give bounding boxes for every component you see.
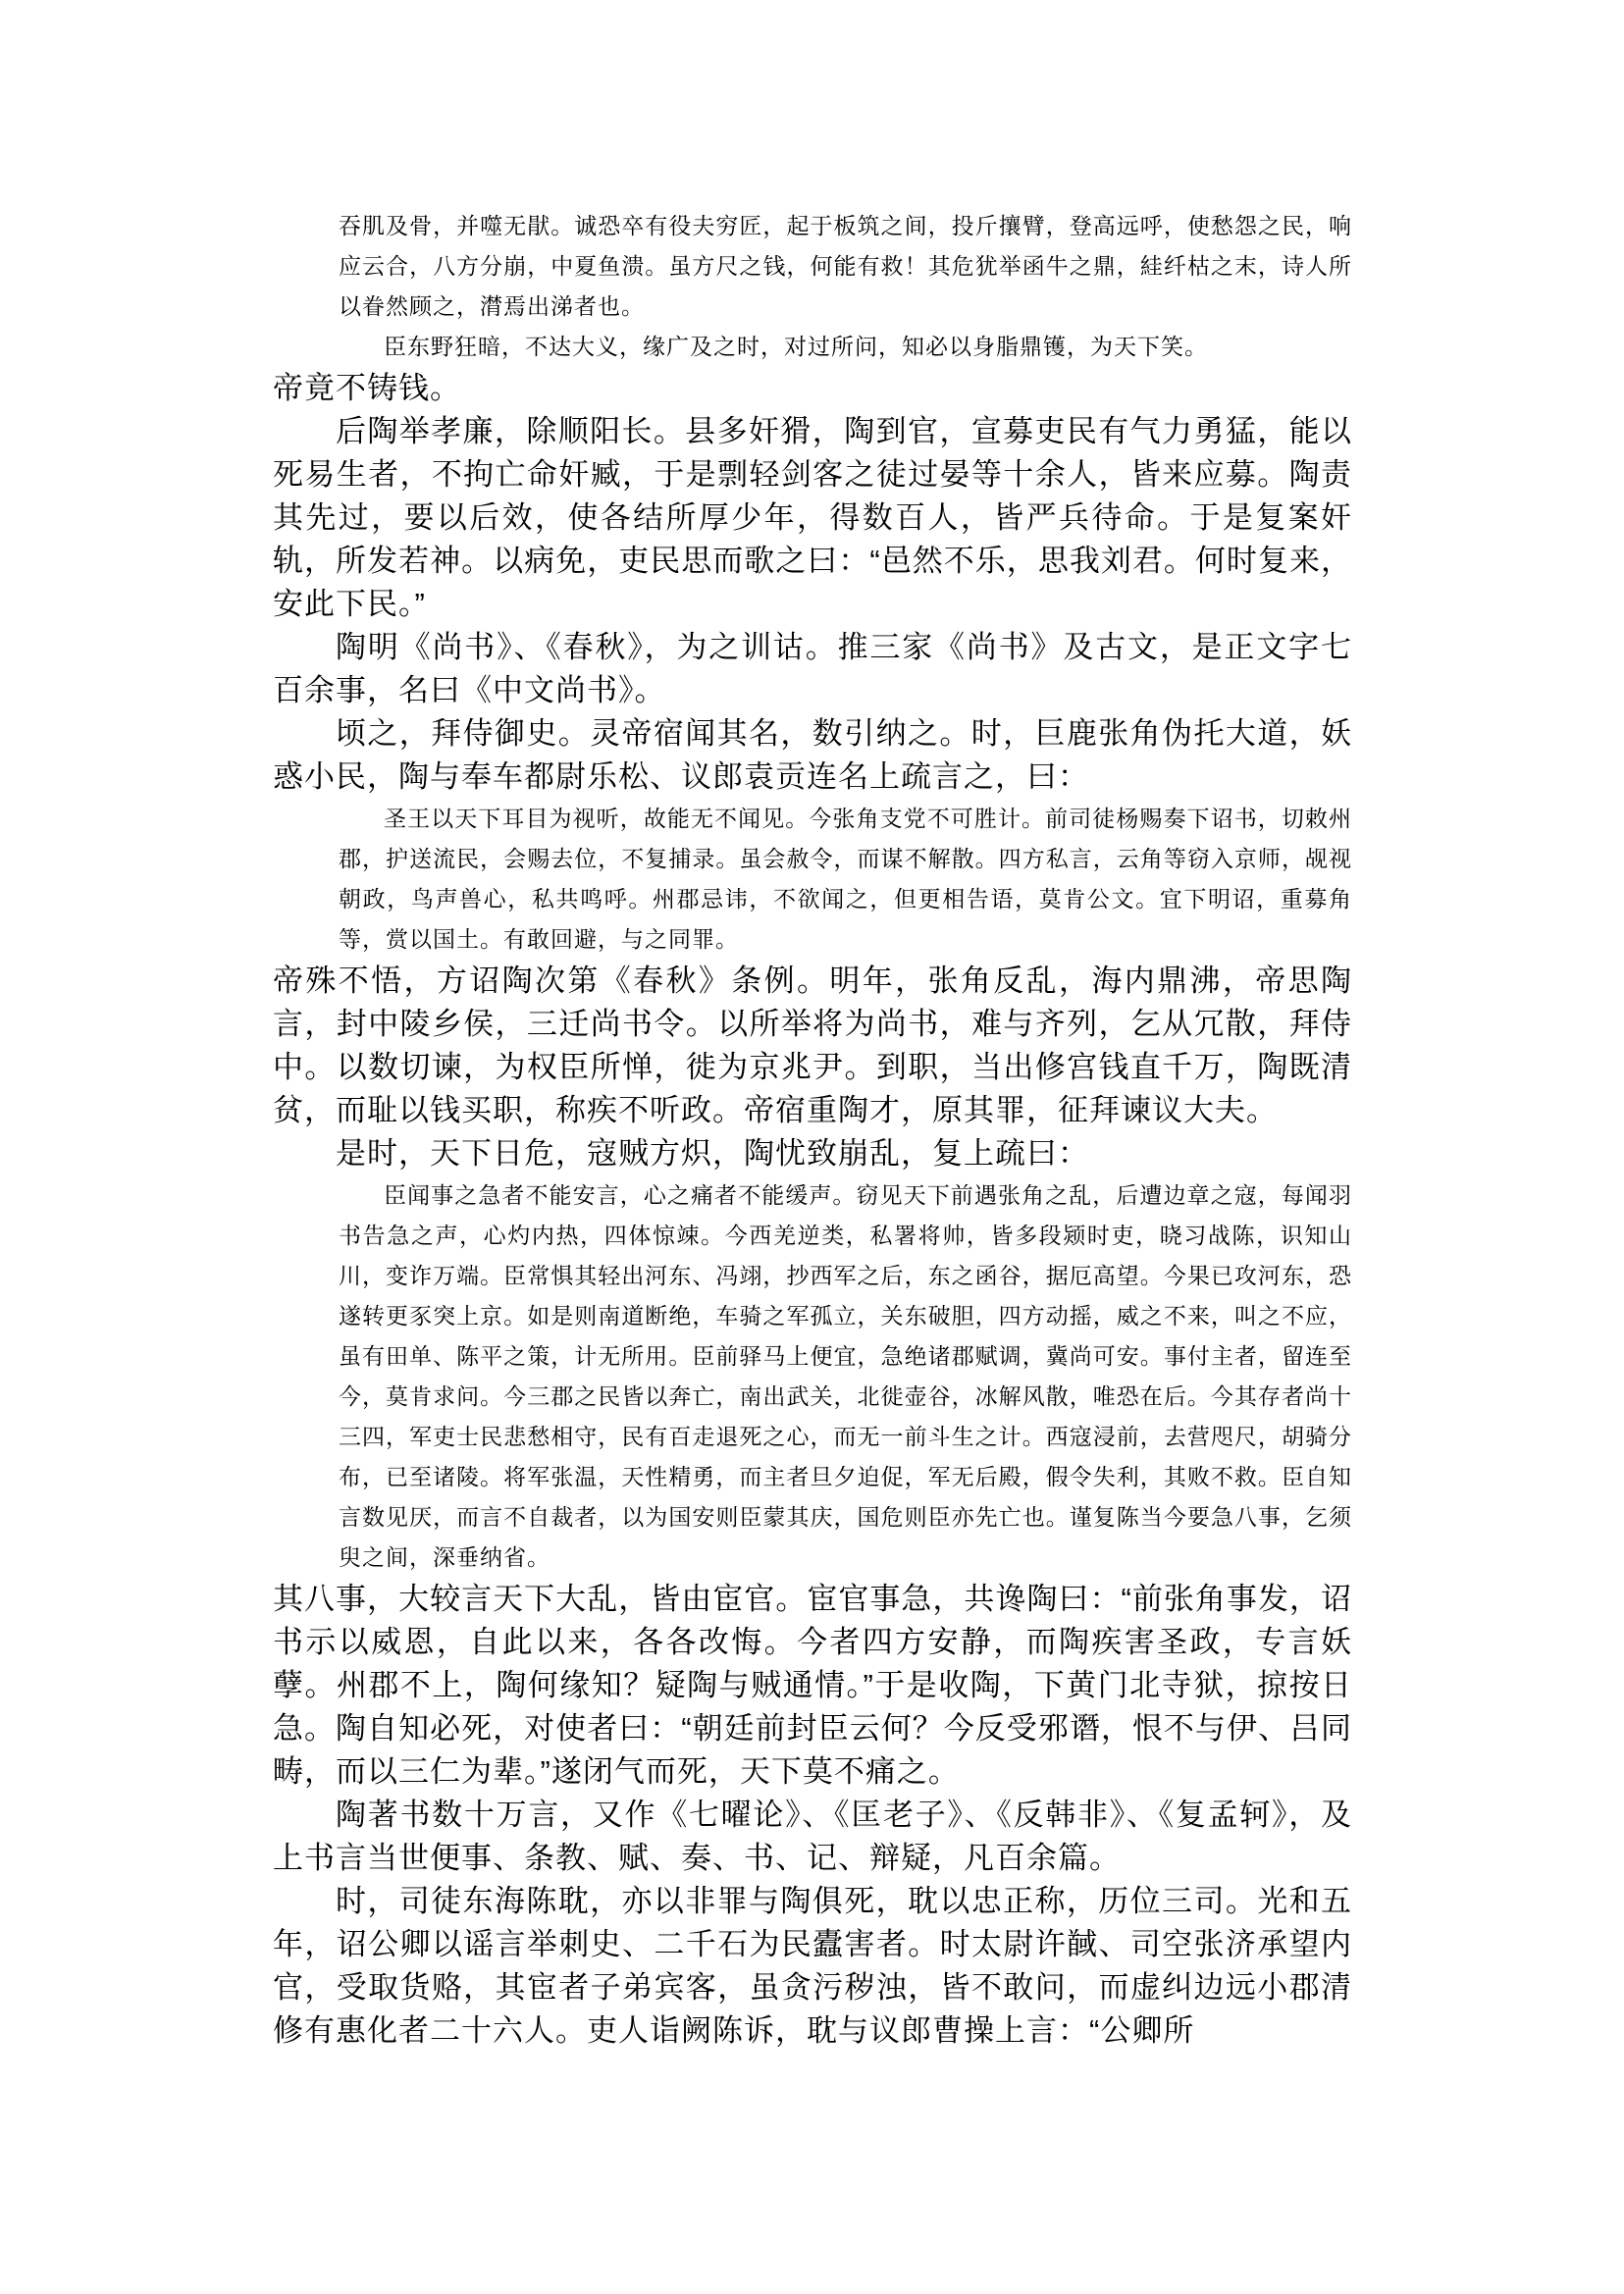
paragraph-body: 帝殊不悟，方诏陶次第《春秋》条例。明年，张角反乱，海内鼎沸，帝思陶言，封中陵乡侯… xyxy=(273,960,1352,1132)
paragraph-body: 陶著书数十万言，又作《七曜论》、《匡老子》、《反韩非》、《复孟轲》，及上书言当世… xyxy=(273,1794,1352,1880)
document-page: 吞肌及骨，并噬无猒。诚恐卒有役夫穷匠，起于板筑之间，投斤攘臂，登高远呼，使愁怨之… xyxy=(0,0,1624,2294)
document-text-column: 吞肌及骨，并噬无猒。诚恐卒有役夫穷匠，起于板筑之间，投斤攘臂，登高远呼，使愁怨之… xyxy=(273,206,1352,2053)
paragraph-quote: 吞肌及骨，并噬无猒。诚恐卒有役夫穷匠，起于板筑之间，投斤攘臂，登高远呼，使愁怨之… xyxy=(273,206,1352,327)
paragraph-quote: 臣闻事之急者不能安言，心之痛者不能缓声。窃见天下前遇张角之乱，后遭边章之寇，每闻… xyxy=(273,1175,1352,1578)
paragraph-quote: 圣王以天下耳目为视听，故能无不闻见。今张角支党不可胜计。前司徒杨赐奏下诏书，切敕… xyxy=(273,799,1352,960)
paragraph-body: 是时，天下日危，寇贼方炽，陶忧致崩乱，复上疏曰： xyxy=(273,1132,1352,1175)
paragraph-body: 时，司徒东海陈耽，亦以非罪与陶俱死，耽以忠正称，历位三司。光和五年，诏公卿以谣言… xyxy=(273,1880,1352,2053)
paragraph-body: 顷之，拜侍御史。灵帝宿闻其名，数引纳之。时，巨鹿张角伪托大道，妖惑小民，陶与奉车… xyxy=(273,712,1352,799)
paragraph-body: 其八事，大较言天下大乱，皆由宦官。宦官事急，共谗陶曰：“前张角事发，诏书示以威恩… xyxy=(273,1578,1352,1794)
paragraph-body: 帝竟不铸钱。 xyxy=(273,367,1352,410)
paragraph-body: 陶明《尚书》、《春秋》，为之训诂。推三家《尚书》及古文，是正文字七百余事，名曰《… xyxy=(273,626,1352,712)
paragraph-body: 后陶举孝廉，除顺阳长。县多奸猾，陶到官，宣募吏民有气力勇猛，能以死易生者，不拘亡… xyxy=(273,410,1352,626)
paragraph-quote: 臣东野狂暗，不达大义，缘广及之时，对过所问，知必以身脂鼎镬，为天下笑。 xyxy=(273,327,1352,367)
